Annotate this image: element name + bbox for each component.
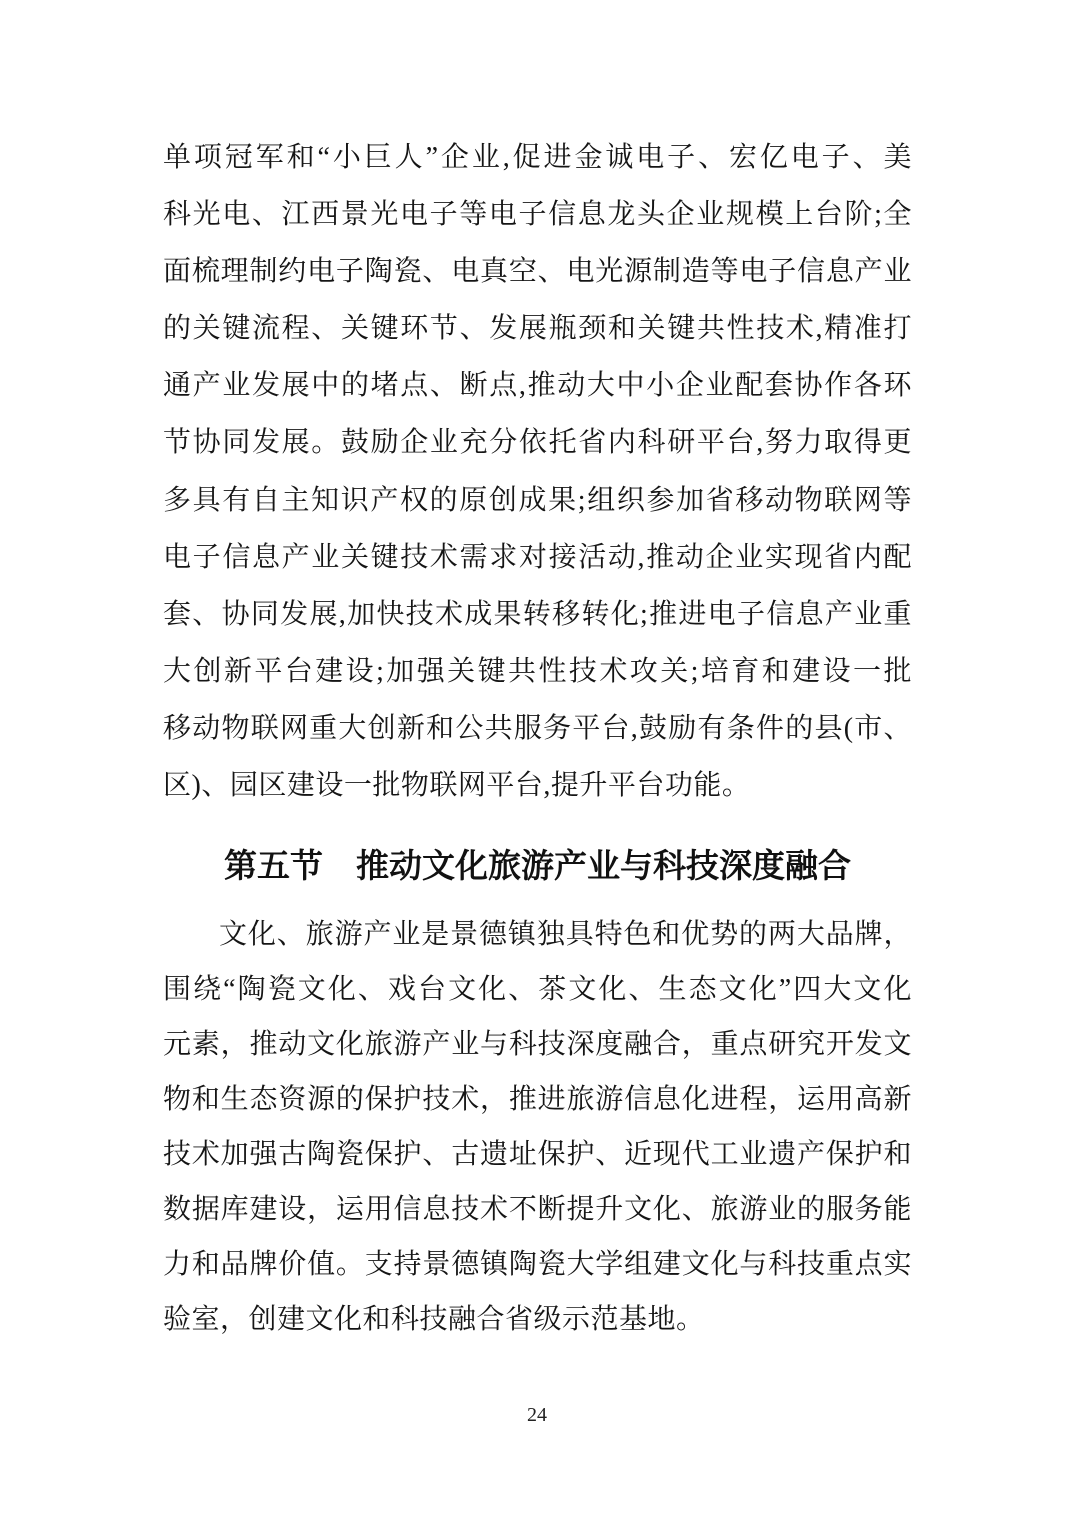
text-line: 的关键流程、关键环节、发展瓶颈和关键共性技术,精准打 (163, 312, 912, 369)
text-line: 物和生态资源的保护技术，推进旅游信息化进程，运用高新 (163, 1083, 912, 1138)
text-line: 数据库建设，运用信息技术不断提升文化、旅游业的服务能 (163, 1193, 912, 1248)
text-line: 移动物联网重大创新和公共服务平台,鼓励有条件的县(市、 (163, 712, 912, 769)
text-line: 电子信息产业关键技术需求对接活动,推动企业实现省内配 (163, 541, 912, 598)
paragraph-electronic-info-industry: 单项冠军和“小巨人”企业,促进金诚电子、宏亿电子、美科光电、江西景光电子等电子信… (163, 141, 912, 826)
text-line: 科光电、江西景光电子等电子信息龙头企业规模上台阶;全 (163, 198, 912, 255)
text-line: 力和品牌价值。支持景德镇陶瓷大学组建文化与科技重点实 (163, 1248, 912, 1303)
section-title: 推动文化旅游产业与科技深度融合 (356, 847, 851, 884)
text-line: 多具有自主知识产权的原创成果;组织参加省移动物联网等 (163, 484, 912, 541)
text-line: 面梳理制约电子陶瓷、电真空、电光源制造等电子信息产业 (163, 255, 912, 312)
text-line: 通产业发展中的堵点、断点,推动大中小企业配套协作各环 (163, 369, 912, 426)
text-line: 单项冠军和“小巨人”企业,促进金诚电子、宏亿电子、美 (163, 141, 912, 198)
text-line: 区)、园区建设一批物联网平台,提升平台功能。 (163, 769, 912, 826)
text-line: 验室，创建文化和科技融合省级示范基地。 (163, 1303, 912, 1358)
text-line: 节协同发展。鼓励企业充分依托省内科研平台,努力取得更 (163, 426, 912, 483)
text-line: 套、协同发展,加快技术成果转移转化;推进电子信息产业重 (163, 598, 912, 655)
text-line: 技术加强古陶瓷保护、古遗址保护、近现代工业遗产保护和 (163, 1138, 912, 1193)
text-line: 围绕“陶瓷文化、戏台文化、茶文化、生态文化”四大文化 (163, 973, 912, 1028)
section-heading: 第五节推动文化旅游产业与科技深度融合 (163, 840, 912, 887)
text-line: 文化、旅游产业是景德镇独具特色和优势的两大品牌， (163, 918, 912, 973)
text-line: 大创新平台建设;加强关键共性技术攻关;培育和建设一批 (163, 655, 912, 712)
document-page: 单项冠军和“小巨人”企业,促进金诚电子、宏亿电子、美科光电、江西景光电子等电子信… (0, 0, 1074, 1520)
page-number: 24 (0, 1404, 1074, 1427)
section-number: 第五节 (224, 847, 323, 884)
text-line: 元素，推动文化旅游产业与科技深度融合，重点研究开发文 (163, 1028, 912, 1083)
paragraph-culture-tourism-tech: 文化、旅游产业是景德镇独具特色和优势的两大品牌，围绕“陶瓷文化、戏台文化、茶文化… (163, 918, 912, 1358)
